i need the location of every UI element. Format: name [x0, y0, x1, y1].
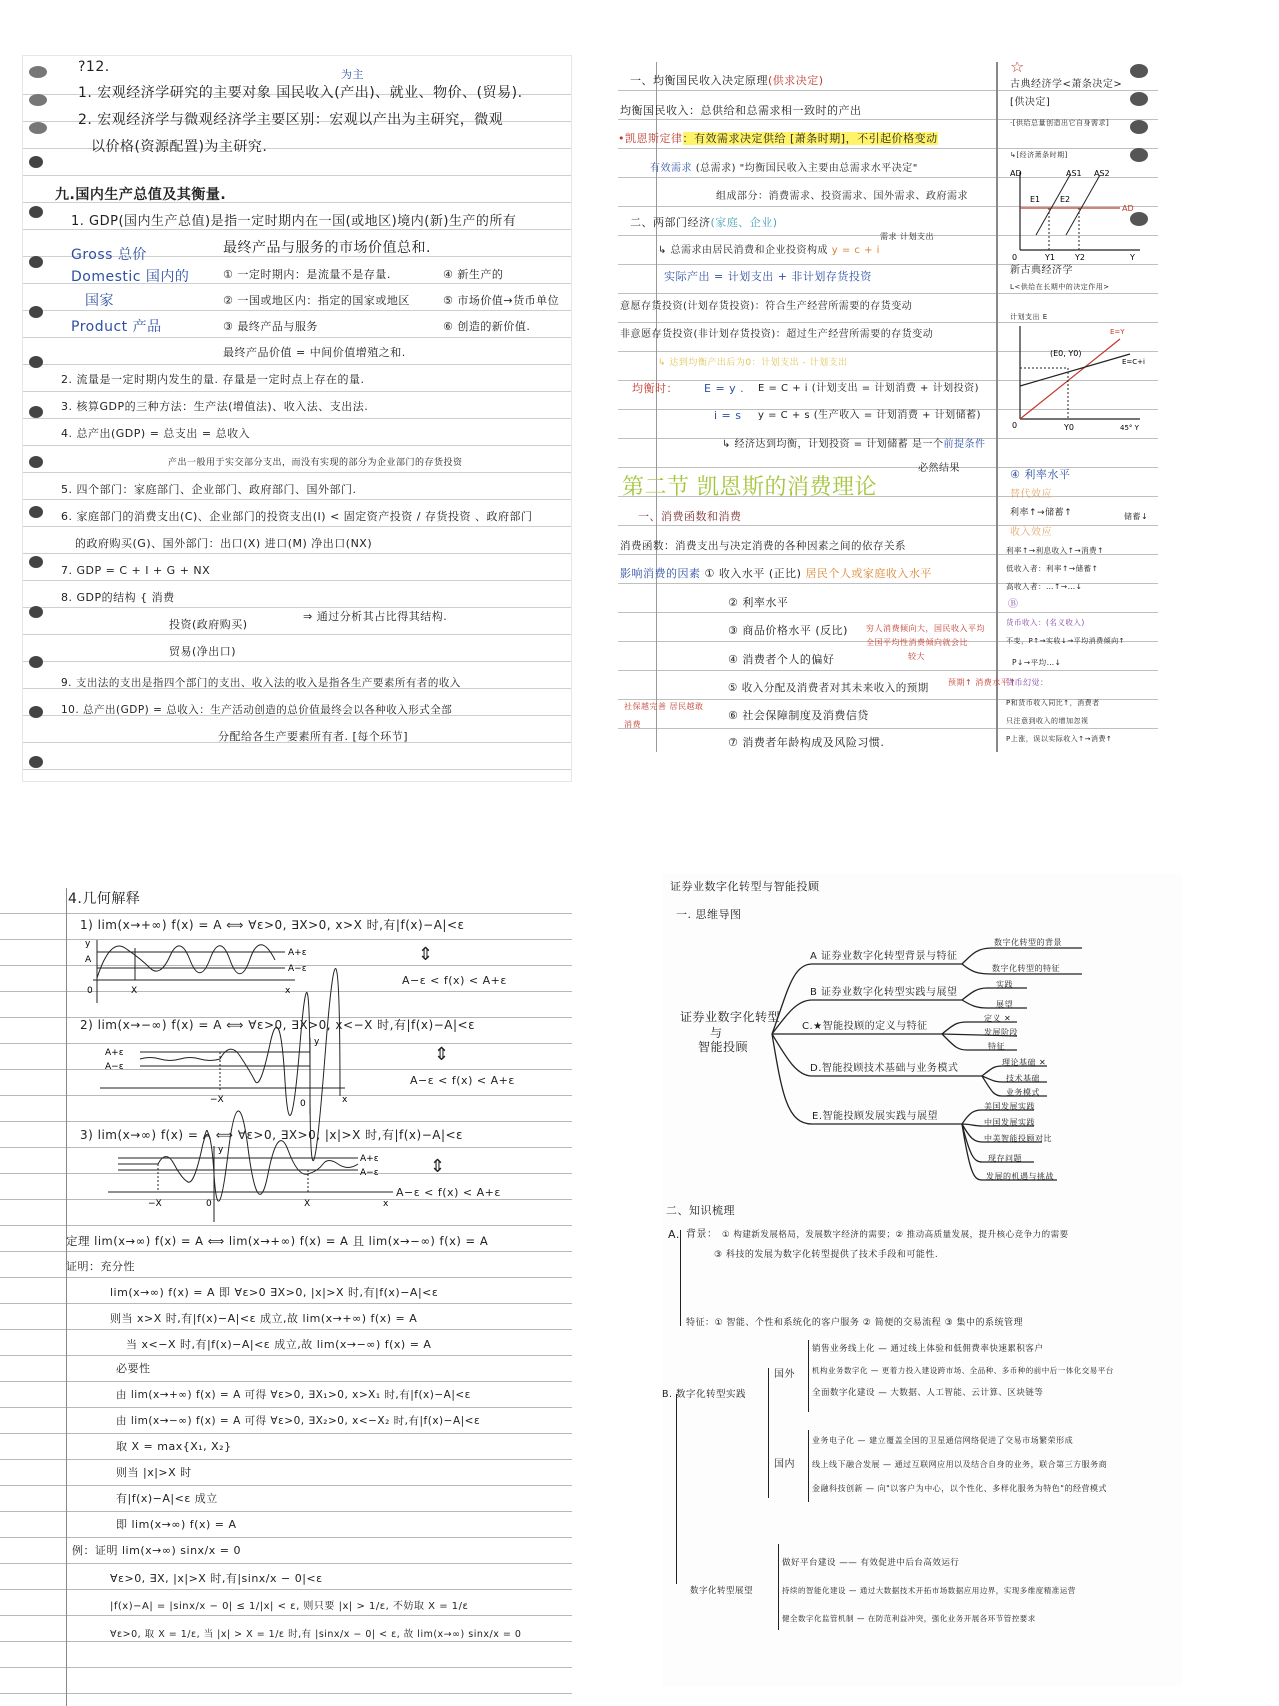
label: 背景： — [686, 1226, 718, 1244]
binder-ring — [29, 756, 43, 768]
label: B. 数字化转型实践 — [662, 1386, 746, 1404]
equation: E = y . — [704, 380, 744, 398]
label: 数字化转型展望 — [690, 1582, 753, 1600]
note-line: 销售业务线上化 — 通过线上体验和低佣费率快速累积客户 — [812, 1340, 1043, 1358]
svg-text:X: X — [131, 986, 137, 996]
mind-map-leaf: 现存问题 — [988, 1150, 1022, 1168]
proof-line: 则当 |x|>X 时 — [116, 1464, 192, 1482]
note-line: 必然结果 — [918, 460, 960, 478]
side-note: 货币幻觉： — [1006, 674, 1049, 692]
note-line: ↳ 达到均衡产出后为0：计划支出 - 计划支出 — [658, 354, 848, 372]
proof-line: 则当 x>X 时,有|f(x)−A|<ε 成立,故 lim(x→+∞) f(x)… — [110, 1310, 417, 1328]
double-arrow-icon: ⇕ — [430, 1158, 446, 1176]
section-title: 九.国内生产总值及其衡量. — [55, 186, 226, 204]
margin-line — [66, 888, 67, 1706]
factor: ⑤ 收入分配及消费者对其未来收入的预期 — [728, 679, 929, 697]
svg-text:Y0: Y0 — [1063, 423, 1074, 432]
annotation: 需求 计划支出 — [880, 228, 934, 246]
gdp-point: ④ 新生产的 — [443, 266, 503, 284]
product-label: Product 产品 — [71, 318, 162, 336]
svg-text:0: 0 — [87, 986, 93, 996]
chapter-title: 第二节 凯恩斯的消费理论 — [622, 474, 877, 502]
note-line: 1. 宏观经济学研究的主要对象 国民收入(产出)、就业、物价、(贸易). — [78, 84, 523, 102]
note-line: 的政府购买(G)、国外部门：出口(X) 进口(M) 净出口(NX) — [75, 535, 372, 553]
notes-panel-limits: 4.几何解释 1) lim(x→+∞) f(x) = A ⟺ ∀ε>0, ∃X>… — [0, 888, 572, 1706]
proof-line: 当 x<−X 时,有|f(x)−A|<ε 成立,故 lim(x→−∞) f(x)… — [126, 1336, 431, 1354]
section-title: 二、两部门经济(家庭、企业) — [630, 214, 778, 232]
factor: ④ 消费者个人的偏好 — [728, 651, 834, 669]
note-line: 2. 流量是一定时期内发生的量. 存量是一定时点上存在的量. — [61, 371, 364, 389]
side-title: ④ 利率水平 — [1010, 466, 1070, 484]
equation: i = s — [714, 407, 742, 425]
title-note: (供求决定) — [768, 74, 824, 87]
necessity-label: 必要性 — [116, 1360, 151, 1378]
svg-text:AD: AD — [1122, 204, 1134, 213]
annotation: 社保越完善 居民越敢消费 — [624, 698, 704, 734]
section-title: 一、均衡国民收入决定原理(供求决定) — [630, 72, 824, 90]
annotation: 为主 — [341, 66, 364, 84]
svg-text:x: x — [342, 1095, 348, 1105]
domestic-label: Domestic 国内的 — [71, 268, 189, 286]
svg-text:A+ε: A+ε — [288, 948, 307, 958]
proof-line: 有|f(x)−A|<ε 成立 — [116, 1490, 218, 1508]
side-note: P↓→平均…↓ — [1012, 654, 1061, 672]
mind-map-root: 智能投顾 — [698, 1038, 748, 1056]
svg-text:E=C+i: E=C+i — [1122, 358, 1145, 366]
svg-text:45° Y: 45° Y — [1120, 424, 1140, 432]
side-note: 低收入者：利率↑→储蓄↑ — [1006, 560, 1098, 578]
svg-text:Y2: Y2 — [1074, 253, 1085, 262]
note-line: 金融科技创新 — 向"以客户为中心，以个性化、多样化服务为特色"的经营模式 — [812, 1480, 1107, 1498]
note-line: 特征：① 智能、个性和系统化的客户服务 ② 简便的交易流程 ③ 集中的系统管理 — [686, 1314, 1023, 1332]
side-note: P上涨，误以实际收入↑→消费↑ — [1006, 730, 1112, 748]
svg-text:A+ε: A+ε — [105, 1048, 124, 1058]
svg-text:A−ε: A−ε — [360, 1168, 379, 1178]
gdp-point: ① 一定时期内：是流量不是存量. — [223, 266, 391, 284]
svg-text:A+ε: A+ε — [360, 1154, 379, 1164]
svg-text:−X: −X — [148, 1199, 162, 1209]
keynes-label: •凯恩斯定律 — [618, 132, 683, 145]
note-line: 8. GDP的结构 { 消费 — [61, 589, 175, 607]
factor: ⑦ 消费者年龄构成及风险习惯. — [728, 734, 884, 752]
note-line: 3. 核算GDP的三种方法：生产法(增值法)、收入法、支出法. — [61, 398, 368, 416]
svg-text:y: y — [218, 1145, 224, 1155]
equation: y = C + s (生产收入 = 计划消费 + 计划储蓄) — [758, 407, 981, 425]
svg-text:E1: E1 — [1030, 195, 1040, 204]
binder-ring — [29, 94, 47, 106]
note-line: ③ 科技的发展为数字化转型提供了技术手段和可能性. — [714, 1246, 938, 1264]
note-line: 组成部分：消费需求、投资需求、国外需求、政府需求 — [716, 188, 968, 206]
svg-text:E=Y: E=Y — [1110, 328, 1125, 336]
equivalence: A−ε < f(x) < A+ε — [410, 1072, 515, 1090]
note-line: ⇒ 通过分析其占比得其结构. — [303, 608, 447, 626]
keynes-text: ：有效需求决定供给 [萧条时期]，不引起价格变动 — [683, 132, 938, 145]
side-note: [供决定] — [1010, 94, 1050, 112]
example-line: ∀ε>0, ∃X, |x|>X 时,有|sinx/x − 0|<ε — [110, 1570, 323, 1588]
side-note: L<供给在长期中的决定作用> — [1010, 278, 1110, 296]
note-line: 投资(政府购买) — [169, 616, 248, 634]
proof-line: 由 lim(x→+∞) f(x) = A 可得 ∀ε>0, ∃X₁>0, x>X… — [116, 1386, 471, 1404]
section-title: 一、消费函数和消费 — [638, 508, 742, 526]
gdp-point: ⑤ 市场价值→货币单位 — [443, 292, 559, 310]
svg-text:x: x — [285, 986, 291, 996]
limit-graph-negative: A+ε A−ε −X 0 y x — [100, 1036, 360, 1116]
svg-text:x: x — [383, 1199, 389, 1209]
brace — [778, 1544, 779, 1630]
mind-map-branch: D.智能投顾技术基础与业务模式 — [810, 1060, 958, 1078]
svg-text:A−ε: A−ε — [288, 964, 307, 974]
column-divider — [996, 62, 998, 752]
proof-line: 取 X = max{X₁, X₂} — [116, 1438, 232, 1456]
brace — [676, 1394, 677, 1584]
binder-ring — [1130, 64, 1148, 78]
binder-ring — [29, 606, 43, 618]
domestic-label-2: 国家 — [85, 292, 114, 310]
side-note: 利率↑→储蓄↑ — [1010, 504, 1072, 522]
note-line: 意愿存货投资(计划存货投资)：符合生产经营所需要的存货变动 — [620, 298, 912, 316]
side-note: P和货币收入同比↑，消费者 — [1006, 694, 1100, 712]
binder-ring — [29, 406, 43, 418]
factors-label: 影响消费的因素 — [620, 567, 701, 580]
factor: ② 利率水平 — [728, 594, 788, 612]
note-line: 分配给各生产要素所有者. [每个环节] — [218, 728, 408, 746]
binder-ring — [29, 256, 43, 268]
gdp-point: ② 一国或地区内：指定的国家或地区 — [223, 292, 410, 310]
brace — [808, 1430, 809, 1502]
limit-graph-positive: y A A+ε A−ε 0 X x — [85, 938, 325, 1008]
mind-map-leaf: 中美智能投顾对比 — [984, 1130, 1052, 1148]
note-line: 9. 支出法的支出是指四个部门的支出、收入法的收入是指各生产要素所有者的收入 — [61, 674, 461, 692]
note-line: 机构业务数字化 — 更着力投入建设跨市场、全品种、多币种的前中后一体化交易平台 — [812, 1362, 1114, 1380]
svg-text:y: y — [314, 1037, 320, 1047]
side-note: 高收入者：…↑→…↓ — [1006, 578, 1082, 596]
example-line: ∀ε>0, 取 X = 1/ε, 当 |x| > X = 1/ε 时,有 |si… — [110, 1626, 521, 1644]
binder-ring — [29, 66, 47, 78]
side-note: ·[供给总量创造出它自身需求] — [1010, 114, 1109, 132]
note-line: ↳ 总需求由居民消费和企业投资构成 y = c + i — [658, 242, 880, 260]
equation: E = C + i (计划支出 = 计划消费 + 计划投资) — [758, 380, 979, 398]
ad-as-chart: AD AS1 AS2 E1 E2 AD 0 Y1 Y2 Y — [1010, 170, 1150, 260]
binder-ring — [29, 706, 43, 718]
svg-text:(E0, Y0): (E0, Y0) — [1050, 349, 1081, 358]
svg-text:0: 0 — [1012, 421, 1017, 430]
note-line: 7. GDP = C + I + G + NX — [61, 562, 210, 580]
proof-label: 证明：充分性 — [66, 1258, 135, 1276]
note-line: 非意愿存货投资(非计划存货投资)：超过生产经营所需要的存货变动 — [620, 326, 933, 344]
note-line: 健全数字化监管机制 — 在防范利益冲突，强化业务开展各环节管控要求 — [782, 1610, 1036, 1628]
svg-text:A−ε: A−ε — [105, 1062, 124, 1072]
svg-text:y: y — [85, 939, 91, 949]
formula: y = c + i — [832, 245, 880, 256]
factor: ③ 商品价格水平 (反比) — [728, 622, 848, 640]
note-line: 实际产出 = 计划支出 + 非计划存货投资 — [664, 268, 872, 286]
svg-text:AS2: AS2 — [1094, 169, 1110, 178]
svg-text:E2: E2 — [1060, 195, 1070, 204]
svg-text:AD: AD — [1010, 169, 1022, 178]
side-title: 古典经济学<萧条决定> — [1010, 76, 1122, 94]
note-line: 产出一般用于实交部分支出，而没有实现的部分为企业部门的存货投资 — [168, 454, 463, 472]
gross-label: Gross 总价 — [71, 246, 147, 264]
double-arrow-icon: ⇕ — [434, 1046, 450, 1064]
star-icon: ☆ — [1010, 62, 1025, 76]
money-income: 货币收入：(名义收入) — [1006, 618, 1085, 627]
binder-ring — [29, 306, 43, 318]
equivalence: A−ε < f(x) < A+ε — [402, 972, 507, 990]
theorem: 定理 lim(x→∞) f(x) = A ⟺ lim(x→+∞) f(x) = … — [66, 1232, 488, 1250]
side-note: 货币收入：(名义收入) — [1006, 614, 1085, 632]
binder-ring — [29, 456, 43, 468]
definition: 3) lim(x→∞) f(x) = A ⟺ ∀ε>0, ∃X>0, |x|>X… — [80, 1126, 463, 1144]
binder-ring — [29, 506, 43, 518]
example-line: |f(x)−A| = |sinx/x − 0| ≤ 1/|x| < ε, 则只要… — [110, 1598, 468, 1616]
note-line: 做好平台建设 —— 有效促进中后台高效运行 — [782, 1554, 959, 1572]
side-note: 不变，P↑→实收↓→平均消费倾向↑ — [1006, 632, 1125, 650]
ed-text: (总需求) "均衡国民收入主要由总需求水平决定" — [696, 163, 918, 174]
note-line: 贸易(净出口) — [169, 643, 236, 661]
limit-graph-both: A+ε A−ε −X 0 X y x — [108, 1144, 408, 1224]
svg-text:AS1: AS1 — [1066, 169, 1082, 178]
note-line: 最终产品与服务的市场价值总和. — [223, 239, 431, 257]
definition: 2) lim(x→−∞) f(x) = A ⟺ ∀ε>0, ∃X>0, x<−X… — [80, 1016, 475, 1034]
mind-map-branch: C.★智能投顾的定义与特征 — [802, 1018, 928, 1036]
annotation: 较大 — [908, 648, 925, 666]
equilibrium-label: 均衡时： — [632, 380, 678, 398]
svg-text:Y: Y — [1129, 253, 1135, 262]
keynes-law: •凯恩斯定律：有效需求决定供给 [萧条时期]，不引起价格变动 — [618, 130, 938, 148]
mind-map-leaf: 数字化转型的背景 — [994, 934, 1062, 952]
note-line: 线上线下融合发展 — 通过互联网应用以及结合自身的业务，联合第三方服务商 — [812, 1456, 1107, 1474]
effective-demand-label: 有效需求 — [650, 163, 692, 174]
page-heading: ?12. — [78, 58, 110, 76]
note-line: ↳ 经济达到均衡，计划投资 = 计划储蓄 是一个前提条件 — [722, 436, 985, 454]
note-line: 以价格(资源配置)为主研究. — [91, 138, 267, 156]
side-note: 只注意到收入的增加忽视 — [1006, 712, 1089, 730]
notes-panel-securities: 证券业数字化转型与智能投顾 一. 思维导图 证券业数字化转型 与 智能 — [662, 874, 1182, 1686]
note-line: 最终产品价值 = 中间价值增殖之和. — [223, 344, 406, 362]
proof-line: 即 lim(x→∞) f(x) = A — [116, 1516, 237, 1534]
binder-ring — [29, 156, 43, 168]
svg-text:Y1: Y1 — [1044, 253, 1055, 262]
definition: 1) lim(x→+∞) f(x) = A ⟺ ∀ε>0, ∃X>0, x>X … — [80, 916, 465, 934]
brace — [768, 1368, 769, 1498]
double-arrow-icon: ⇕ — [418, 946, 434, 964]
gdp-point: ⑥ 创造的新价值. — [443, 318, 530, 336]
notes-panel-keynes: 一、均衡国民收入决定原理(供求决定) 均衡国民收入：总供给和总需求相一致时的产出… — [618, 62, 1158, 752]
proof-line: lim(x→∞) f(x) = A 即 ∀ε>0 ∃X>0, |x|>X 时,有… — [110, 1284, 438, 1302]
t2-text: ↳ 总需求由居民消费和企业投资构成 — [658, 245, 828, 256]
note-line: 业务电子化 — 建立覆盖全国的卫星通信网络促进了交易市场繁荣形成 — [812, 1432, 1073, 1450]
equivalence: A−ε < f(x) < A+ε — [396, 1184, 501, 1202]
binder-ring — [1130, 92, 1148, 106]
mind-map-leaf: 发展的机遇与挑战 — [986, 1168, 1054, 1186]
note-line: 5. 四个部门：家庭部门、企业部门、政府部门、国外部门. — [61, 481, 357, 499]
binder-ring — [29, 656, 43, 668]
brace — [680, 1230, 681, 1326]
proof-line: 由 lim(x→−∞) f(x) = A 可得 ∀ε>0, ∃X₂>0, x<−… — [116, 1412, 480, 1430]
mind-map-branch: E.智能投顾发展实践与展望 — [812, 1108, 938, 1126]
note-line: 1. GDP(国内生产总值)是指一定时期内在一国(或地区)境内(新)生产的所有 — [71, 213, 516, 231]
factor-note: 居民个人或家庭收入水平 — [805, 567, 932, 580]
mind-map-branch: A 证券业数字化转型背景与特征 — [810, 948, 958, 966]
note-line: ① 构建新发展格局，发展数字经济的需要；② 推动高质量发展，提升核心竞争力的需要 — [722, 1226, 1069, 1244]
svg-text:0: 0 — [206, 1199, 212, 1209]
side-note: 储蓄↓ — [1124, 508, 1148, 526]
note-line: 10. 总产出(GDP) = 总收入：生产活动创造的总价值最终会以各种收入形式全… — [61, 701, 452, 719]
brace — [808, 1340, 809, 1412]
side-note: 利率↑→利息收入↑→消费↑ — [1006, 542, 1104, 560]
note-line: 持续的智能化建设 — 通过大数据技术开拓市场数据应用边界，实现多维度精准运营 — [782, 1582, 1076, 1600]
side-note: 收入效应 — [1010, 524, 1052, 542]
note-line: 6. 家庭部门的消费支出(C)、企业部门的投资支出(I) < 固定资产投资 / … — [61, 508, 533, 526]
note-line: 消费函数：消费支出与决定消费的各种因素之间的依存关系 — [620, 537, 906, 555]
eq4-blue: 前提条件 — [943, 439, 985, 450]
mind-map-branch: B 证券业数字化转型实践与展望 — [810, 984, 958, 1002]
gdp-point: ③ 最终产品与服务 — [223, 318, 318, 336]
label: 国内 — [774, 1456, 795, 1474]
svg-text:X: X — [304, 1199, 310, 1209]
title-text: 一、均衡国民收入决定原理 — [630, 74, 768, 87]
side-note: ↳[经济萧条时期] — [1010, 146, 1068, 164]
title-text: 二、两部门经济 — [630, 216, 711, 229]
binder-ring — [29, 556, 43, 568]
side-note: 替代效应 — [1010, 486, 1052, 504]
factor: ⑥ 社会保障制度及消费信贷 — [728, 707, 869, 725]
example: 例：证明 lim(x→∞) sinx/x = 0 — [72, 1542, 241, 1560]
binder-ring — [1130, 148, 1148, 162]
note-line: 有效需求 (总需求) "均衡国民收入主要由总需求水平决定" — [650, 160, 918, 178]
label: A. — [668, 1226, 680, 1244]
section-title: 4.几何解释 — [68, 890, 140, 908]
title-note: (家庭、企业) — [711, 216, 778, 229]
note-line: 4. 总产出(GDP) = 总支出 = 总收入 — [61, 425, 250, 443]
side-note: Ⓑ — [1008, 596, 1019, 614]
svg-text:−X: −X — [210, 1095, 224, 1105]
factor: ① 收入水平 (正比) — [705, 567, 802, 580]
svg-text:0: 0 — [300, 1099, 306, 1109]
svg-text:A: A — [85, 955, 92, 965]
eq4-text: ↳ 经济达到均衡，计划投资 = 计划储蓄 是一个 — [722, 439, 943, 450]
note-line: 影响消费的因素 ① 收入水平 (正比) 居民个人或家庭收入水平 — [620, 565, 932, 583]
binder-ring — [29, 356, 43, 368]
section-title: 二、知识梳理 — [666, 1202, 735, 1220]
note-line: 均衡国民收入：总供给和总需求相一致时的产出 — [620, 102, 862, 120]
note-line: 2. 宏观经济学与微观经济学主要区别：宏观以产出为主研究，微观 — [78, 111, 503, 129]
mind-map-root: 证券业数字化转型 — [680, 1008, 780, 1026]
binder-ring — [1130, 120, 1148, 134]
note-line: 全面数字化建设 — 大数据、人工智能、云计算、区块链等 — [812, 1384, 1043, 1402]
binder-ring — [29, 122, 47, 134]
binder-ring — [29, 206, 43, 218]
keynesian-cross-chart: (E0, Y0) E=Y E=C+i 0 Y0 45° Y — [1010, 324, 1150, 434]
notes-panel-macroeconomics: ?12. 为主 1. 宏观经济学研究的主要对象 国民收入(产出)、就业、物价、(… — [22, 55, 572, 782]
svg-text:0: 0 — [1012, 253, 1017, 262]
mind-map-leaf: 实践 — [996, 976, 1013, 994]
label: 国外 — [774, 1366, 795, 1384]
